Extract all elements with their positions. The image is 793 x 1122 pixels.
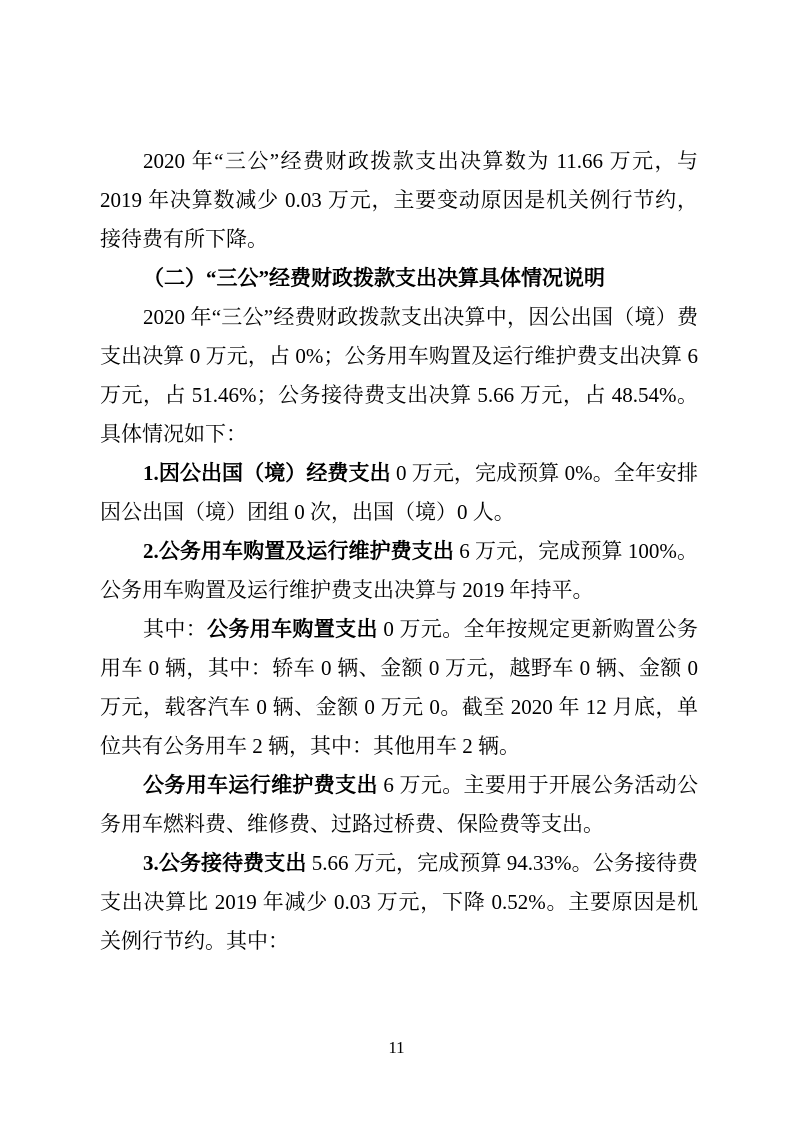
paragraph-item1-lead: 1.因公出国（境）经费支出 [143, 461, 391, 485]
paragraph-item2-vehicle: 2.公务用车购置及运行维护费支出 6 万元，完成预算 100%。公务用车购置及运… [100, 532, 698, 610]
paragraph-item2-lead: 2.公务用车购置及运行维护费支出 [143, 539, 454, 563]
paragraph-overview-text: 2020 年“三公”经费财政拨款支出决算中，因公出国（境）费支出决算 0 万元，… [100, 305, 698, 446]
paragraph-item1-overseas: 1.因公出国（境）经费支出 0 万元，完成预算 0%。全年安排因公出国（境）团组… [100, 454, 698, 532]
paragraph-vehicle-purchase-lead: 公务用车购置支出 [207, 617, 378, 641]
paragraph-item3-reception: 3.公务接待费支出 5.66 万元，完成预算 94.33%。公务接待费支出决算比… [100, 844, 698, 961]
section-heading: （二）“三公”经费财政拨款支出决算具体情况说明 [100, 259, 698, 298]
paragraph-vehicle-maintenance: 公务用车运行维护费支出 6 万元。主要用于开展公务活动公务用车燃料费、维修费、过… [100, 766, 698, 844]
paragraph-item3-lead: 3.公务接待费支出 [143, 851, 306, 875]
document-page: 2020 年“三公”经费财政拨款支出决算数为 11.66 万元，与 2019 年… [0, 0, 793, 1122]
paragraph-intro: 2020 年“三公”经费财政拨款支出决算数为 11.66 万元，与 2019 年… [100, 142, 698, 259]
section-heading-text: （二）“三公”经费财政拨款支出决算具体情况说明 [143, 266, 605, 290]
paragraph-overview: 2020 年“三公”经费财政拨款支出决算中，因公出国（境）费支出决算 0 万元，… [100, 298, 698, 454]
paragraph-intro-text: 2020 年“三公”经费财政拨款支出决算数为 11.66 万元，与 2019 年… [100, 149, 698, 251]
paragraph-vehicle-purchase-pre: 其中： [143, 617, 207, 641]
paragraph-vehicle-maintenance-lead: 公务用车运行维护费支出 [143, 773, 378, 797]
document-body: 2020 年“三公”经费财政拨款支出决算数为 11.66 万元，与 2019 年… [100, 142, 698, 961]
page-number: 11 [0, 1036, 793, 1060]
paragraph-vehicle-purchase: 其中：公务用车购置支出 0 万元。全年按规定更新购置公务用车 0 辆，其中：轿车… [100, 610, 698, 766]
